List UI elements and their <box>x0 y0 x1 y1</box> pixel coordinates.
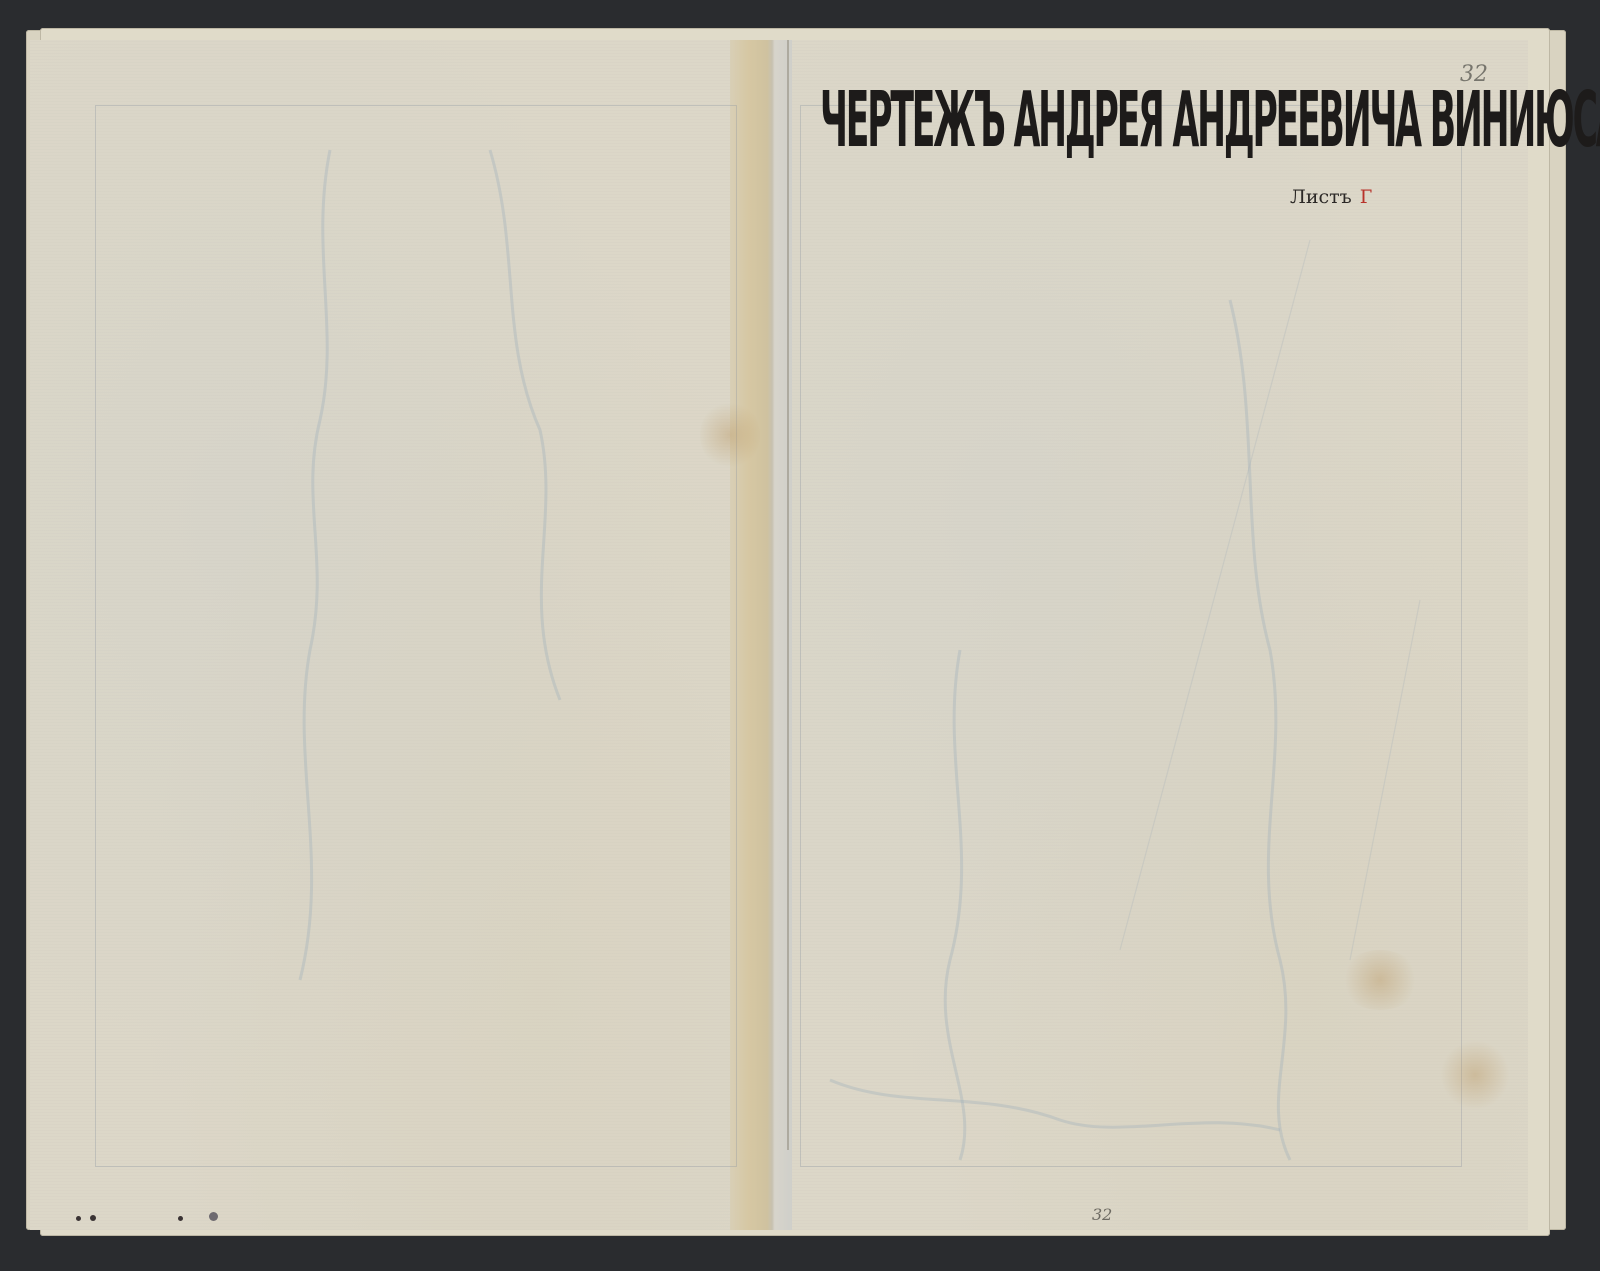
foxing-stain <box>1340 950 1420 1010</box>
document-scan: ЧЕРТЕЖЪ АНДРЕЯ АНДРЕЕВИЧА ВИНИЮСА И ЕГО … <box>0 0 1600 1271</box>
right-map-frame-bleed <box>800 105 1462 1167</box>
wormhole <box>178 1216 183 1221</box>
wormhole <box>76 1216 81 1221</box>
sheet-label-text: Листъ <box>1290 186 1352 208</box>
sheet-number: Г <box>1360 186 1373 208</box>
map-title: ЧЕРТЕЖЪ АНДРЕЯ АНДРЕЕВИЧА ВИНИЮСА И ЕГО … <box>820 82 1288 159</box>
foxing-stain <box>1440 1040 1510 1110</box>
foxing-stain <box>700 400 760 470</box>
sheet-label: ЛистъГ <box>1290 186 1372 208</box>
wormhole <box>90 1215 96 1221</box>
wormhole <box>209 1212 218 1221</box>
spine-binding <box>730 40 792 1230</box>
spine-fold-line <box>787 40 789 1150</box>
folio-number-top: 32 <box>1460 62 1488 87</box>
folio-number-bottom: 32 <box>1092 1205 1112 1224</box>
left-map-frame-bleed <box>95 105 737 1167</box>
